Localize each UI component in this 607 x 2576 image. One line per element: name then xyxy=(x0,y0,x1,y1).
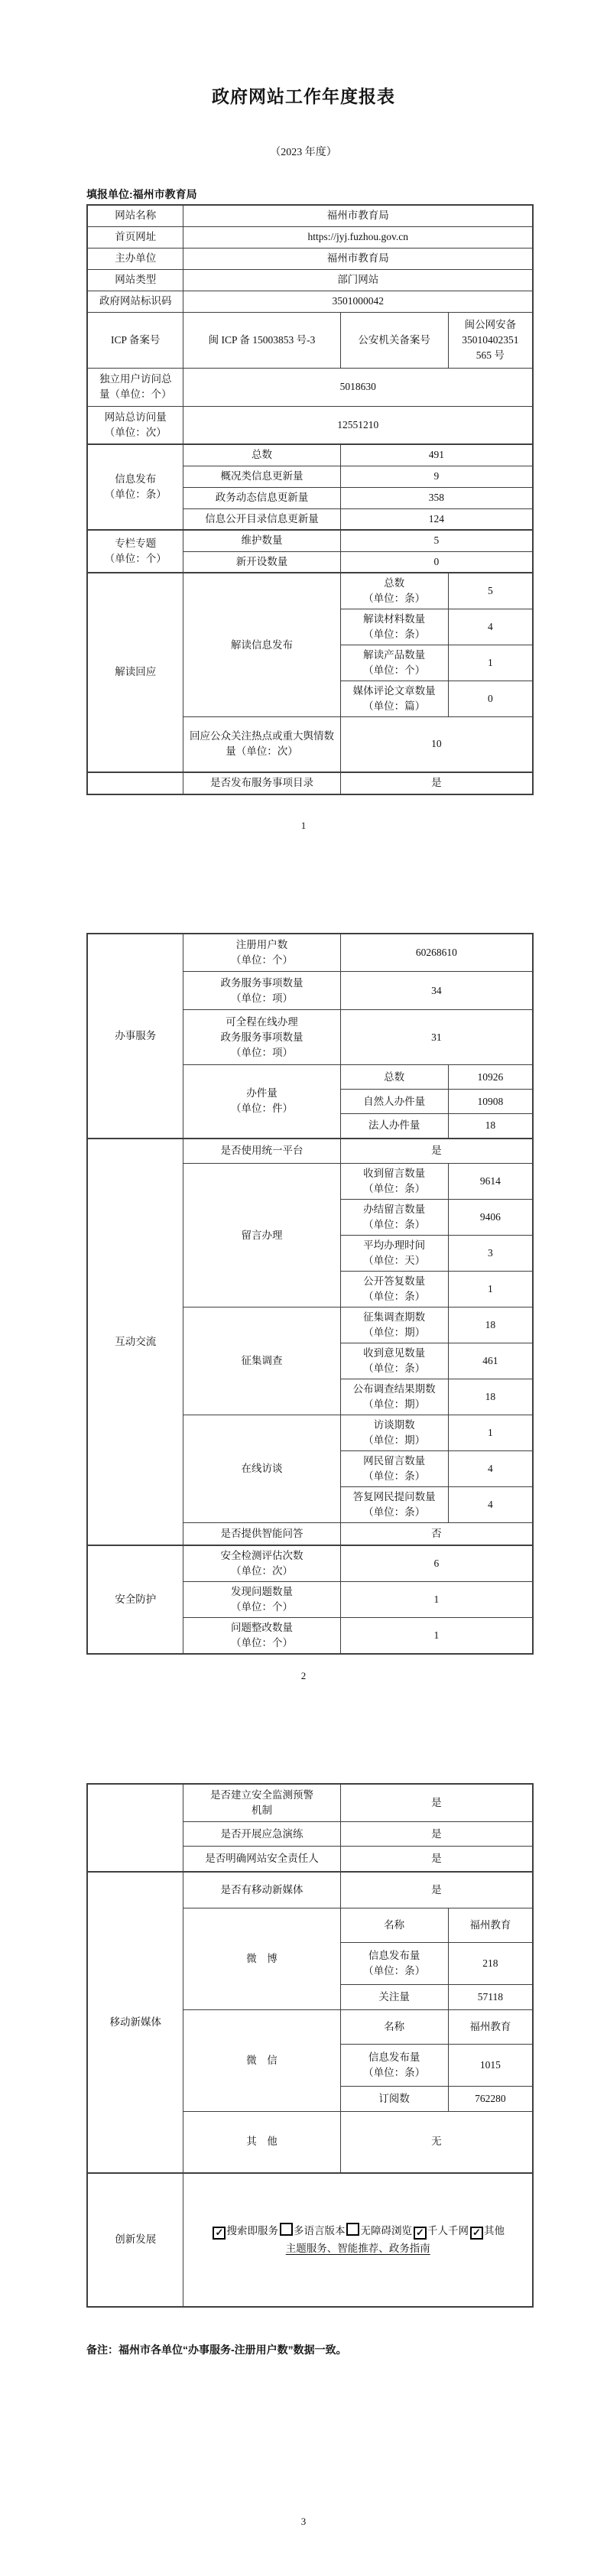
table-row: 主办单位福州市教育局 xyxy=(87,248,533,269)
innovation-checkbox-line: ✓搜索即服务多语言版本无障碍浏览✓千人千网✓其他 xyxy=(187,2223,529,2240)
report-table: 是否建立安全监测预警 机制是是否开展应急演练是是否明确网站安全责任人是移动新媒体… xyxy=(86,1783,534,2308)
innovation-option-label: 多语言版本 xyxy=(294,2225,346,2237)
label-cell: 问题整改数量 （单位：个） xyxy=(183,1617,340,1654)
value-cell: 福州教育 xyxy=(448,2010,533,2045)
innovation-option-label: 搜索即服务 xyxy=(226,2225,278,2237)
value-cell: 5 xyxy=(340,530,533,551)
label-cell: 其 他 xyxy=(183,2112,340,2173)
label-cell: 解读回应 xyxy=(87,573,183,772)
label-cell: 是否建立安全监测预警 机制 xyxy=(183,1784,340,1822)
value-cell: 部门网站 xyxy=(183,269,533,291)
label-cell: 发现问题数量 （单位：个） xyxy=(183,1581,340,1617)
label-cell: 访谈期数 （单位：期） xyxy=(340,1415,448,1451)
report-table: 办事服务注册用户数 （单位：个）60268610政务服务事项数量 （单位：项）3… xyxy=(86,933,534,1655)
value-cell: 福州教育 xyxy=(448,1908,533,1943)
footnote: 备注：福州市各单位“办事服务-注册用户数”数据一致。 xyxy=(86,2342,607,2357)
label-cell: 网站类型 xyxy=(87,269,183,291)
label-cell: 关注量 xyxy=(340,1985,448,2010)
value-cell: 闽 ICP 备 15003853 号-3 xyxy=(183,312,340,368)
label-cell: 微 博 xyxy=(183,1908,340,2010)
value-cell: 是 xyxy=(340,1139,533,1164)
table-row: 网站名称福州市教育局 xyxy=(87,205,533,226)
document: 政府网站工作年度报表 （2023 年度） 填报单位:福州市教育局 网站名称福州市… xyxy=(0,0,607,2560)
value-cell: 762280 xyxy=(448,2087,533,2112)
label-cell: 是否开展应急演练 xyxy=(183,1822,340,1847)
label-cell: 政府网站标识码 xyxy=(87,291,183,312)
report-table-page3: 是否建立安全监测预警 机制是是否开展应急演练是是否明确网站安全责任人是移动新媒体… xyxy=(86,1783,534,2308)
report-table-page1: 网站名称福州市教育局首页网址https://jyj.fuzhou.gov.cn主… xyxy=(86,204,534,795)
value-cell: 福州市教育局 xyxy=(183,248,533,269)
label-cell xyxy=(87,1784,183,1872)
value-cell: 是 xyxy=(340,772,533,794)
table-row: 网站类型部门网站 xyxy=(87,269,533,291)
value-cell: 9614 xyxy=(448,1164,533,1200)
label-cell: 公开答复数量 （单位：条） xyxy=(340,1272,448,1307)
value-cell: 3501000042 xyxy=(183,291,533,312)
table-row: ICP 备案号闽 ICP 备 15003853 号-3公安机关备案号闽公网安备 … xyxy=(87,312,533,368)
table-row: 办事服务注册用户数 （单位：个）60268610 xyxy=(87,934,533,972)
label-cell: 平均办理时间 （单位：天） xyxy=(340,1236,448,1272)
label-cell: 名称 xyxy=(340,2010,448,2045)
value-cell: 358 xyxy=(340,487,533,508)
table-row: 是否建立安全监测预警 机制是 xyxy=(87,1784,533,1822)
label-cell: 新开设数量 xyxy=(183,551,340,573)
value-cell: 461 xyxy=(448,1343,533,1379)
value-cell: 10908 xyxy=(448,1090,533,1114)
checkbox-checked-icon: ✓ xyxy=(414,2227,427,2240)
checkbox-checked-icon: ✓ xyxy=(470,2227,483,2240)
page-number-2: 2 xyxy=(0,1668,607,1684)
value-cell: 218 xyxy=(448,1943,533,1985)
table-row: 网站总访问量 （单位：次）12551210 xyxy=(87,406,533,444)
value-cell: 0 xyxy=(340,551,533,573)
label-cell: 政务服务事项数量 （单位：项） xyxy=(183,972,340,1010)
label-cell: 法人办件量 xyxy=(340,1114,448,1139)
value-cell: 1 xyxy=(448,1415,533,1451)
label-cell: 解读材料数量 （单位：条） xyxy=(340,609,448,645)
label-cell: 信息发布 （单位：条） xyxy=(87,444,183,530)
label-cell: 是否明确网站安全责任人 xyxy=(183,1847,340,1872)
label-cell: 可全程在线办理 政务服务事项数量 （单位：项） xyxy=(183,1010,340,1065)
label-cell: 网站总访问量 （单位：次） xyxy=(87,406,183,444)
label-cell: 安全检测评估次数 （单位：次） xyxy=(183,1545,340,1582)
filing-unit: 填报单位:福州市教育局 xyxy=(86,187,607,202)
table-row: 创新发展✓搜索即服务多语言版本无障碍浏览✓千人千网✓其他主题服务、智能推荐、政务… xyxy=(87,2173,533,2307)
label-cell: 是否有移动新媒体 xyxy=(183,1872,340,1908)
table-row: 解读回应解读信息发布总数 （单位：条）5 xyxy=(87,573,533,609)
label-cell: 办结留言数量 （单位：条） xyxy=(340,1200,448,1236)
label-cell: 办件量 （单位：件） xyxy=(183,1065,340,1139)
label-cell: 是否使用统一平台 xyxy=(183,1139,340,1164)
checkbox-unchecked-icon xyxy=(280,2223,293,2236)
label-cell: 网站名称 xyxy=(87,205,183,226)
value-cell: 31 xyxy=(340,1010,533,1065)
value-cell: 124 xyxy=(340,508,533,530)
label-cell: 移动新媒体 xyxy=(87,1872,183,2173)
label-cell: 收到留言数量 （单位：条） xyxy=(340,1164,448,1200)
value-cell: 10926 xyxy=(448,1065,533,1090)
innovation-cell: ✓搜索即服务多语言版本无障碍浏览✓千人千网✓其他主题服务、智能推荐、政务指南 xyxy=(183,2173,533,2307)
label-cell: ICP 备案号 xyxy=(87,312,183,368)
value-cell: 4 xyxy=(448,1451,533,1487)
label-cell: 收到意见数量 （单位：条） xyxy=(340,1343,448,1379)
value-cell: 10 xyxy=(340,717,533,772)
value-cell: 闽公网安备 35010402351 565 号 xyxy=(448,312,533,368)
table-row: 安全防护安全检测评估次数 （单位：次）6 xyxy=(87,1545,533,1582)
value-cell: 34 xyxy=(340,972,533,1010)
table-row: 移动新媒体是否有移动新媒体是 xyxy=(87,1872,533,1908)
table-row: 专栏专题 （单位：个）维护数量5 xyxy=(87,530,533,551)
label-cell: 是否提供智能问答 xyxy=(183,1523,340,1545)
label-cell: 回应公众关注热点或重大舆情数量（单位：次） xyxy=(183,717,340,772)
label-cell: 名称 xyxy=(340,1908,448,1943)
label-cell: 微 信 xyxy=(183,2010,340,2112)
label-cell: 专栏专题 （单位：个） xyxy=(87,530,183,573)
value-cell: 5 xyxy=(448,573,533,609)
label-cell: 在线访谈 xyxy=(183,1415,340,1523)
page-title: 政府网站工作年度报表 xyxy=(0,0,607,109)
table-row: 互动交流是否使用统一平台是 xyxy=(87,1139,533,1164)
report-table: 网站名称福州市教育局首页网址https://jyj.fuzhou.gov.cn主… xyxy=(86,204,534,795)
checkbox-checked-icon: ✓ xyxy=(213,2227,226,2240)
value-cell: 4 xyxy=(448,609,533,645)
value-cell: 18 xyxy=(448,1307,533,1343)
label-cell: 注册用户数 （单位：个） xyxy=(183,934,340,972)
label-cell: 网民留言数量 （单位：条） xyxy=(340,1451,448,1487)
label-cell: 办事服务 xyxy=(87,934,183,1139)
label-cell: 创新发展 xyxy=(87,2173,183,2307)
label-cell: 征集调查期数 （单位：期） xyxy=(340,1307,448,1343)
label-cell: 公安机关备案号 xyxy=(340,312,448,368)
label-cell: 信息发布量 （单位：条） xyxy=(340,2045,448,2087)
value-cell: 4 xyxy=(448,1487,533,1523)
table-row: 信息发布 （单位：条）总数491 xyxy=(87,444,533,466)
label-cell xyxy=(87,772,183,794)
innovation-option-label: 无障碍浏览 xyxy=(360,2225,412,2237)
label-cell: 安全防护 xyxy=(87,1545,183,1654)
value-cell: 1015 xyxy=(448,2045,533,2087)
label-cell: 总数 （单位：条） xyxy=(340,573,448,609)
value-cell: 18 xyxy=(448,1114,533,1139)
report-year: （2023 年度） xyxy=(0,145,607,161)
label-cell: 维护数量 xyxy=(183,530,340,551)
value-cell: 60268610 xyxy=(340,934,533,972)
label-cell: 是否发布服务事项目录 xyxy=(183,772,340,794)
label-cell: 订阅数 xyxy=(340,2087,448,2112)
value-cell: 9 xyxy=(340,466,533,487)
label-cell: 信息公开目录信息更新量 xyxy=(183,508,340,530)
label-cell: 媒体评论文章数量 （单位：篇） xyxy=(340,681,448,717)
label-cell: 主办单位 xyxy=(87,248,183,269)
value-cell: 是 xyxy=(340,1872,533,1908)
label-cell: 解读产品数量 （单位：个） xyxy=(340,645,448,681)
label-cell: 首页网址 xyxy=(87,226,183,248)
label-cell: 概况类信息更新量 xyxy=(183,466,340,487)
value-cell: 是 xyxy=(340,1822,533,1847)
checkbox-unchecked-icon xyxy=(346,2223,359,2236)
value-cell: 1 xyxy=(448,645,533,681)
value-cell: 1 xyxy=(340,1581,533,1617)
value-cell: 1 xyxy=(340,1617,533,1654)
innovation-options: ✓搜索即服务多语言版本无障碍浏览✓千人千网✓其他主题服务、智能推荐、政务指南 xyxy=(187,2223,529,2256)
label-cell: 政务动态信息更新量 xyxy=(183,487,340,508)
value-cell: 无 xyxy=(340,2112,533,2173)
page-number-3: 3 xyxy=(0,2514,607,2560)
value-cell: 福州市教育局 xyxy=(183,205,533,226)
value-cell: 1 xyxy=(448,1272,533,1307)
label-cell: 公布调查结果期数 （单位：期） xyxy=(340,1379,448,1415)
value-cell: 5018630 xyxy=(183,368,533,406)
value-cell: 是 xyxy=(340,1847,533,1872)
value-cell: 是 xyxy=(340,1784,533,1822)
value-cell: 3 xyxy=(448,1236,533,1272)
value-cell: 12551210 xyxy=(183,406,533,444)
table-row: 首页网址https://jyj.fuzhou.gov.cn xyxy=(87,226,533,248)
value-cell: 否 xyxy=(340,1523,533,1545)
value-cell: 9406 xyxy=(448,1200,533,1236)
table-row: 独立用户访问总 量（单位：个）5018630 xyxy=(87,368,533,406)
value-cell: https://jyj.fuzhou.gov.cn xyxy=(183,226,533,248)
label-cell: 信息发布量 （单位：条） xyxy=(340,1943,448,1985)
label-cell: 独立用户访问总 量（单位：个） xyxy=(87,368,183,406)
label-cell: 征集调查 xyxy=(183,1307,340,1415)
table-row: 是否发布服务事项目录是 xyxy=(87,772,533,794)
value-cell: 6 xyxy=(340,1545,533,1582)
value-cell: 57118 xyxy=(448,1985,533,2010)
label-cell: 自然人办件量 xyxy=(340,1090,448,1114)
label-cell: 解读信息发布 xyxy=(183,573,340,717)
value-cell: 18 xyxy=(448,1379,533,1415)
report-table-page2: 办事服务注册用户数 （单位：个）60268610政务服务事项数量 （单位：项）3… xyxy=(86,933,534,1655)
innovation-option-label: 千人千网 xyxy=(427,2225,469,2237)
label-cell: 答复网民提问数量 （单位：条） xyxy=(340,1487,448,1523)
value-cell: 491 xyxy=(340,444,533,466)
innovation-other-detail: 主题服务、智能推荐、政务指南 xyxy=(187,2241,529,2256)
label-cell: 总数 xyxy=(340,1065,448,1090)
innovation-option-label: 其他 xyxy=(484,2225,505,2237)
table-row: 政府网站标识码3501000042 xyxy=(87,291,533,312)
label-cell: 总数 xyxy=(183,444,340,466)
page-number-1: 1 xyxy=(0,818,607,833)
value-cell: 0 xyxy=(448,681,533,717)
label-cell: 留言办理 xyxy=(183,1164,340,1307)
label-cell: 互动交流 xyxy=(87,1139,183,1545)
